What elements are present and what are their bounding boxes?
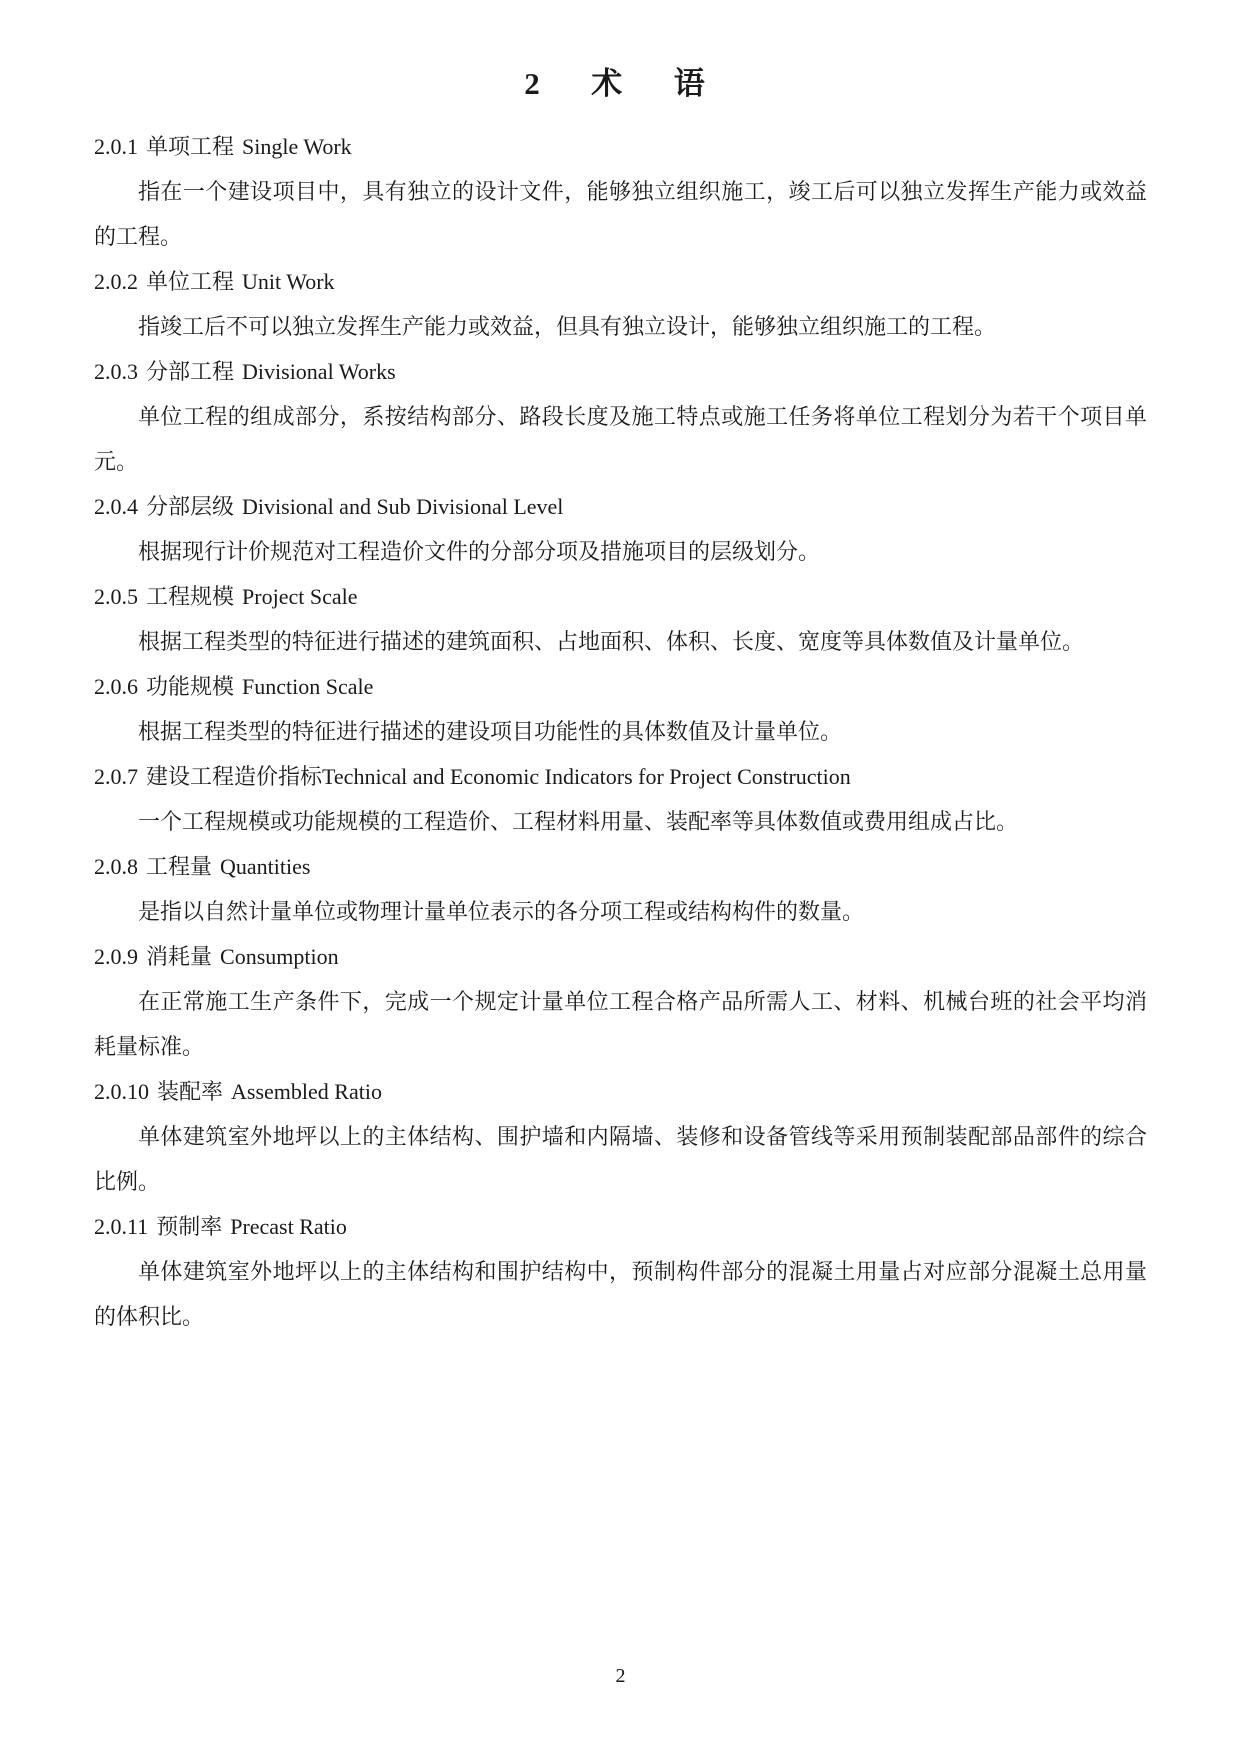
term-zh: 单位工程 — [146, 269, 234, 294]
term-zh: 分部工程 — [146, 359, 234, 384]
term-definition: 单体建筑室外地坪以上的主体结构和围护结构中，预制构件部分的混凝土用量占对应部分混… — [94, 1249, 1147, 1339]
term-en: Consumption — [220, 944, 339, 969]
term-heading: 2.0.2单位工程Unit Work — [94, 259, 1147, 304]
term-zh: 建设工程造价指标 — [146, 764, 322, 789]
document-content: 2 术 语 2.0.1单项工程Single Work 指在一个建设项目中，具有独… — [94, 62, 1147, 1339]
term-en: Single Work — [242, 134, 352, 159]
term-entry-2-0-7: 2.0.7建设工程造价指标Technical and Economic Indi… — [94, 754, 1147, 844]
term-entry-2-0-11: 2.0.11预制率Precast Ratio 单体建筑室外地坪以上的主体结构和围… — [94, 1204, 1147, 1339]
term-definition: 一个工程规模或功能规模的工程造价、工程材料用量、装配率等具体数值或费用组成占比。 — [94, 799, 1147, 844]
term-number: 2.0.5 — [94, 584, 138, 609]
term-definition: 根据工程类型的特征进行描述的建筑面积、占地面积、体积、长度、宽度等具体数值及计量… — [94, 619, 1147, 664]
term-en: Divisional and Sub Divisional Level — [242, 494, 563, 519]
term-zh: 预制率 — [156, 1214, 222, 1239]
term-en: Assembled Ratio — [231, 1079, 382, 1104]
term-heading: 2.0.6功能规模Function Scale — [94, 664, 1147, 709]
term-en: Function Scale — [242, 674, 373, 699]
term-en: Quantities — [220, 854, 310, 879]
term-heading: 2.0.7建设工程造价指标Technical and Economic Indi… — [94, 754, 1147, 799]
page-number: 2 — [0, 1662, 1241, 1690]
term-heading: 2.0.5工程规模Project Scale — [94, 574, 1147, 619]
chapter-title: 2 术 语 — [94, 62, 1147, 106]
term-zh: 装配率 — [157, 1079, 223, 1104]
term-heading: 2.0.3分部工程Divisional Works — [94, 349, 1147, 394]
term-heading: 2.0.10装配率Assembled Ratio — [94, 1069, 1147, 1114]
term-entry-2-0-6: 2.0.6功能规模Function Scale 根据工程类型的特征进行描述的建设… — [94, 664, 1147, 754]
term-zh: 工程规模 — [146, 584, 234, 609]
document-page: 2 术 语 2.0.1单项工程Single Work 指在一个建设项目中，具有独… — [0, 0, 1241, 1754]
term-en: Technical and Economic Indicators for Pr… — [322, 764, 851, 789]
term-number: 2.0.4 — [94, 494, 138, 519]
term-entry-2-0-5: 2.0.5工程规模Project Scale 根据工程类型的特征进行描述的建筑面… — [94, 574, 1147, 664]
term-definition: 在正常施工生产条件下，完成一个规定计量单位工程合格产品所需人工、材料、机械台班的… — [94, 979, 1147, 1069]
term-number: 2.0.8 — [94, 854, 138, 879]
term-number: 2.0.6 — [94, 674, 138, 699]
term-zh: 消耗量 — [146, 944, 212, 969]
term-number: 2.0.2 — [94, 269, 138, 294]
term-heading: 2.0.8工程量Quantities — [94, 844, 1147, 889]
term-entry-2-0-10: 2.0.10装配率Assembled Ratio 单体建筑室外地坪以上的主体结构… — [94, 1069, 1147, 1204]
term-number: 2.0.7 — [94, 764, 138, 789]
term-number: 2.0.9 — [94, 944, 138, 969]
term-heading: 2.0.9消耗量Consumption — [94, 934, 1147, 979]
term-number: 2.0.11 — [94, 1214, 148, 1239]
term-entry-2-0-2: 2.0.2单位工程Unit Work 指竣工后不可以独立发挥生产能力或效益，但具… — [94, 259, 1147, 349]
term-zh: 单项工程 — [146, 134, 234, 159]
term-definition: 根据现行计价规范对工程造价文件的分部分项及措施项目的层级划分。 — [94, 529, 1147, 574]
term-heading: 2.0.11预制率Precast Ratio — [94, 1204, 1147, 1249]
term-heading: 2.0.1单项工程Single Work — [94, 124, 1147, 169]
term-zh: 功能规模 — [146, 674, 234, 699]
term-definition: 根据工程类型的特征进行描述的建设项目功能性的具体数值及计量单位。 — [94, 709, 1147, 754]
term-number: 2.0.3 — [94, 359, 138, 384]
term-number: 2.0.10 — [94, 1079, 149, 1104]
term-entry-2-0-1: 2.0.1单项工程Single Work 指在一个建设项目中，具有独立的设计文件… — [94, 124, 1147, 259]
term-entry-2-0-9: 2.0.9消耗量Consumption 在正常施工生产条件下，完成一个规定计量单… — [94, 934, 1147, 1069]
term-en: Precast Ratio — [230, 1214, 347, 1239]
term-en: Project Scale — [242, 584, 357, 609]
term-zh: 工程量 — [146, 854, 212, 879]
term-definition: 指竣工后不可以独立发挥生产能力或效益，但具有独立设计，能够独立组织施工的工程。 — [94, 304, 1147, 349]
term-entry-2-0-3: 2.0.3分部工程Divisional Works 单位工程的组成部分，系按结构… — [94, 349, 1147, 484]
term-number: 2.0.1 — [94, 134, 138, 159]
term-en: Divisional Works — [242, 359, 396, 384]
term-en: Unit Work — [242, 269, 335, 294]
term-definition: 单位工程的组成部分，系按结构部分、路段长度及施工特点或施工任务将单位工程划分为若… — [94, 394, 1147, 484]
term-definition: 单体建筑室外地坪以上的主体结构、围护墙和内隔墙、装修和设备管线等采用预制装配部品… — [94, 1114, 1147, 1204]
term-definition: 指在一个建设项目中，具有独立的设计文件，能够独立组织施工，竣工后可以独立发挥生产… — [94, 169, 1147, 259]
term-heading: 2.0.4分部层级Divisional and Sub Divisional L… — [94, 484, 1147, 529]
term-definition: 是指以自然计量单位或物理计量单位表示的各分项工程或结构构件的数量。 — [94, 889, 1147, 934]
term-entry-2-0-8: 2.0.8工程量Quantities 是指以自然计量单位或物理计量单位表示的各分… — [94, 844, 1147, 934]
term-entry-2-0-4: 2.0.4分部层级Divisional and Sub Divisional L… — [94, 484, 1147, 574]
term-zh: 分部层级 — [146, 494, 234, 519]
